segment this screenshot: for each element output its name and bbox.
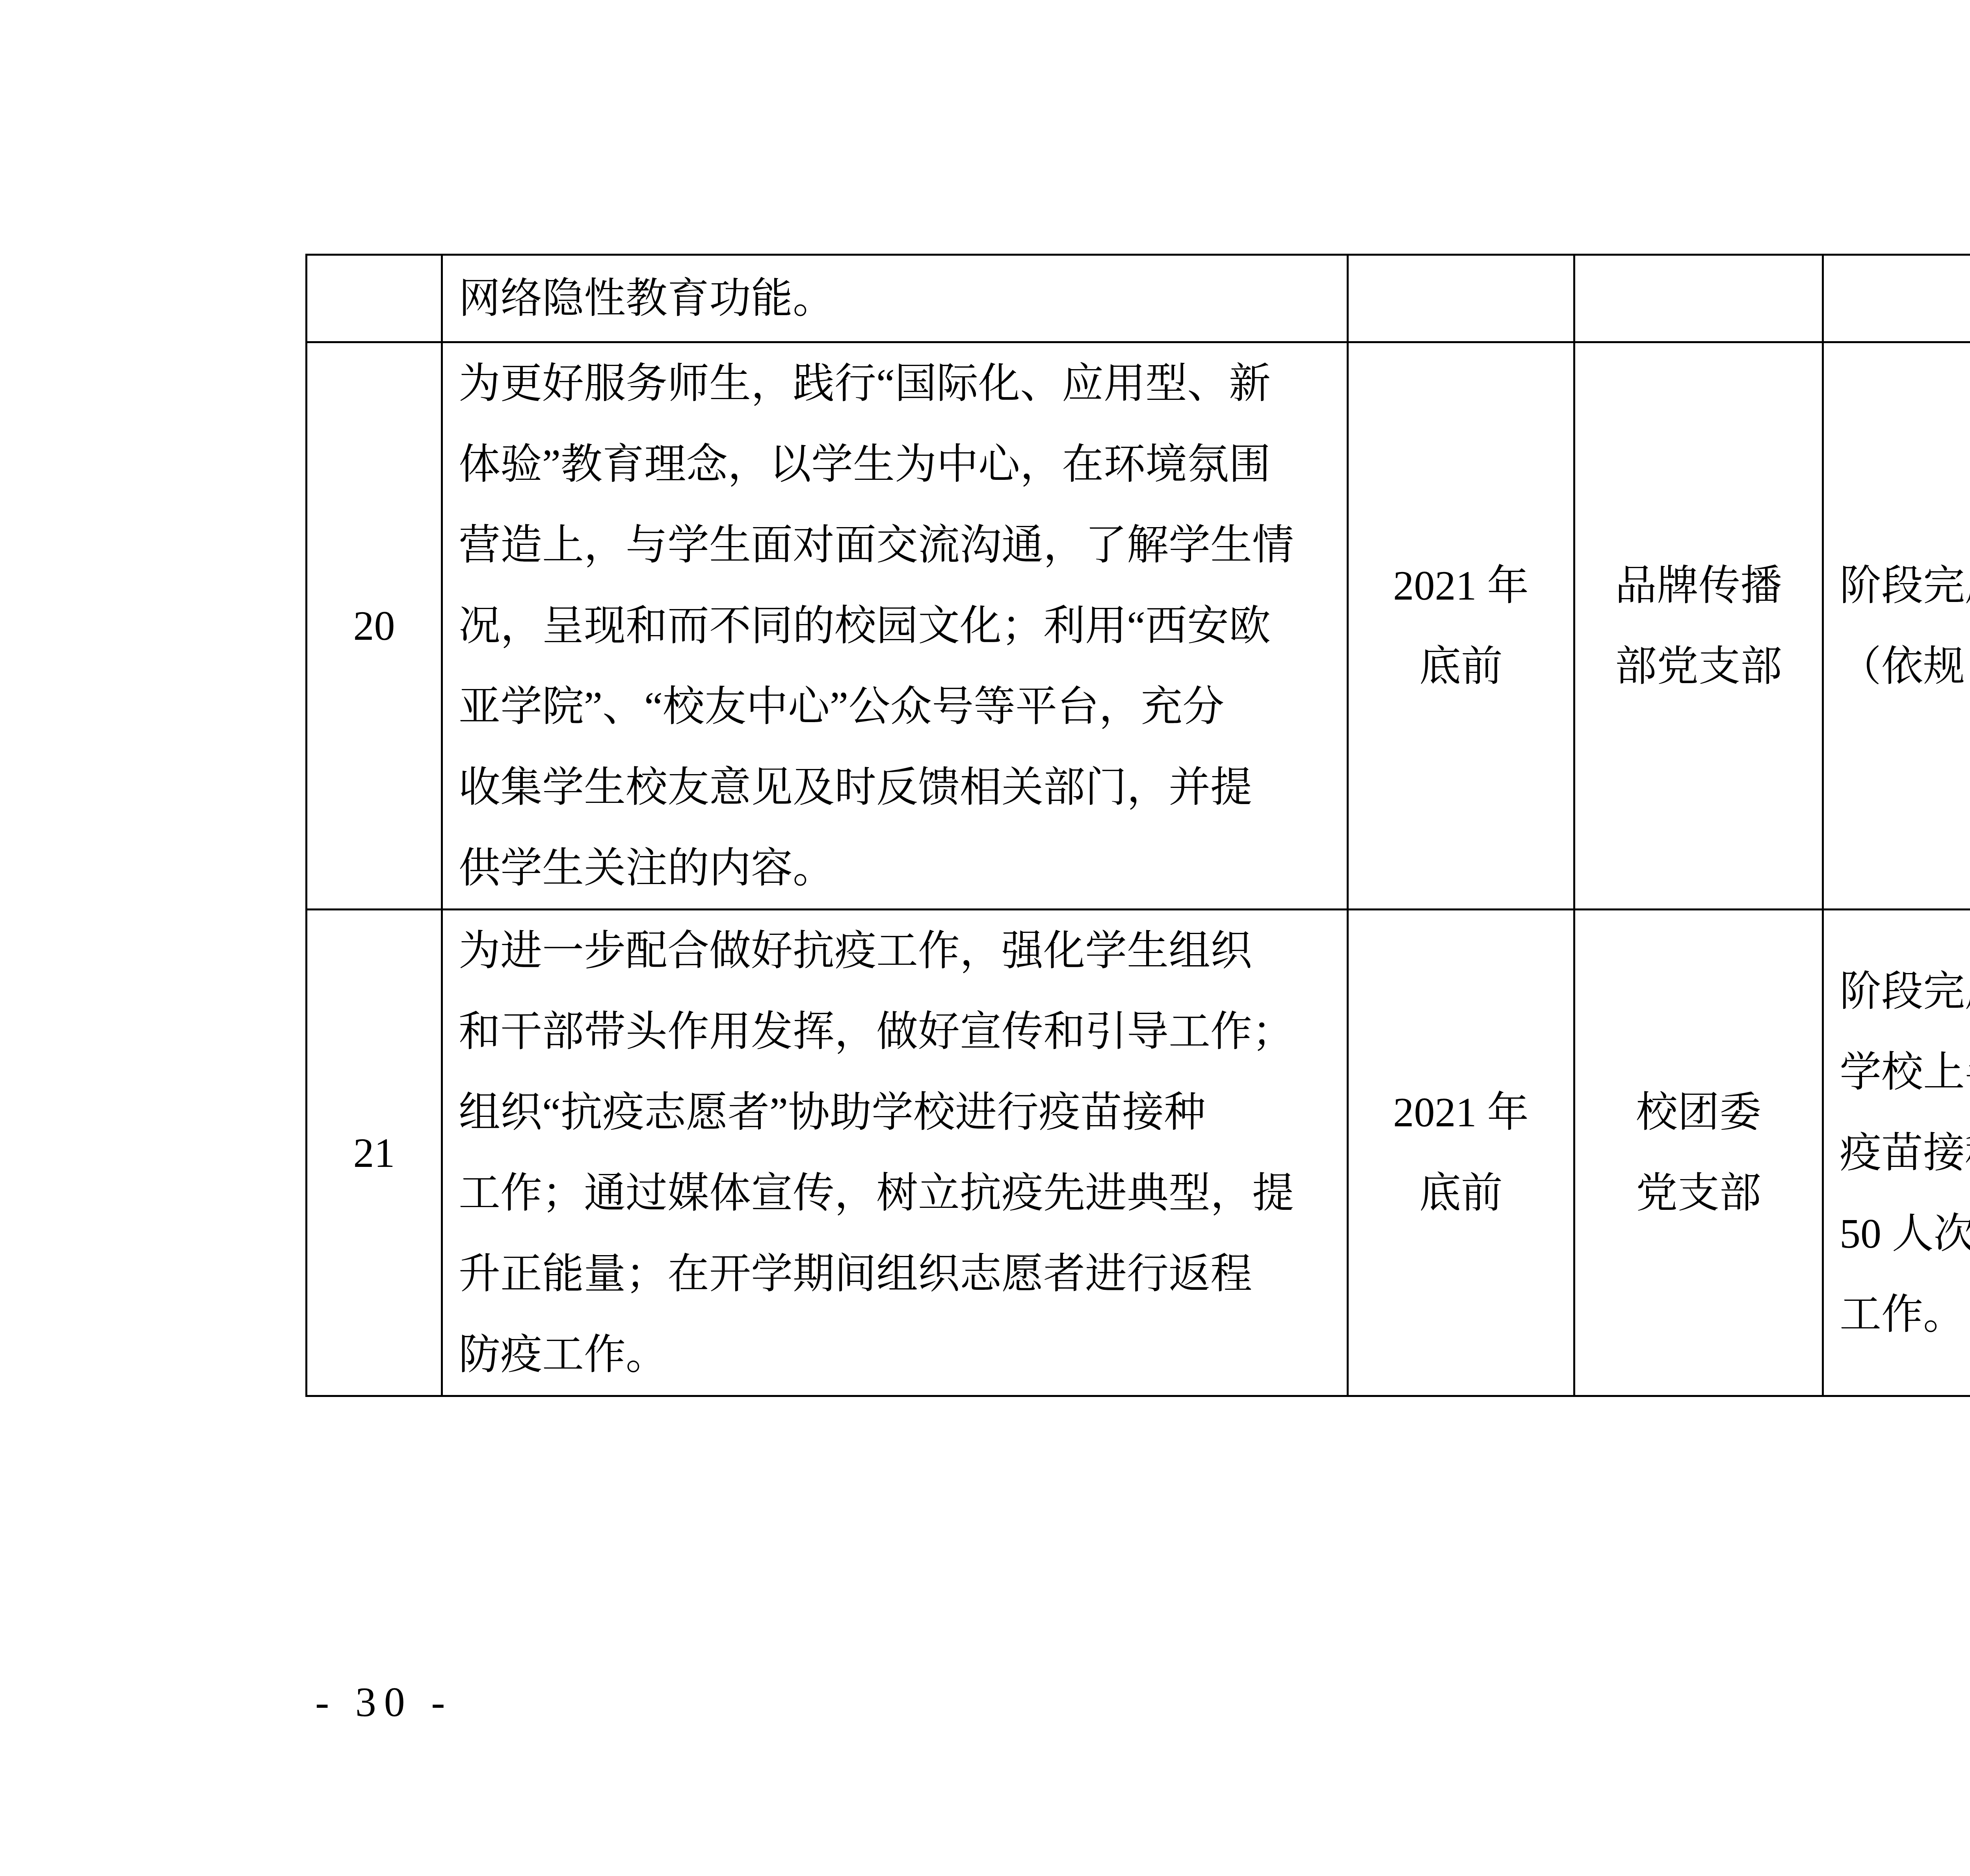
department-line: 党支部 xyxy=(1575,1153,1822,1233)
status-line: 阶段完成情况。持续进行。 xyxy=(1840,545,1970,626)
page-number: - 30 - xyxy=(315,1678,453,1726)
cell-status: 阶段完成情况。截止目前， 学校上半年组织 4 次集中 疫苗接种，组织学生干部 5… xyxy=(1823,910,1970,1396)
content-line: 收集学生校友意见及时反馈相关部门，并提 xyxy=(459,747,1331,828)
deadline-line: 2021 年 xyxy=(1349,1072,1573,1153)
work-plan-table: 网络隐性教育功能。 20 为更好服务师生，践行“国际化、应用型、新 体验”教育理… xyxy=(305,254,1970,1397)
department-line: 部党支部 xyxy=(1575,626,1822,707)
status-line: 50 人次开展接种志愿服务 xyxy=(1840,1193,1970,1274)
cell-no xyxy=(307,255,442,342)
content-line: 为进一步配合做好抗疫工作，强化学生组织 xyxy=(459,910,1331,991)
cell-content: 为更好服务师生，践行“国际化、应用型、新 体验”教育理念，以学生为中心，在环境氛… xyxy=(442,342,1348,910)
status-line: （依规申请公开）。 xyxy=(1840,626,1970,707)
deadline-line: 底前 xyxy=(1349,1153,1573,1233)
status-line: 工作。 xyxy=(1840,1274,1970,1355)
deadline-line: 底前 xyxy=(1349,626,1573,707)
content-line: 况，呈现和而不同的校园文化；利用“西安欧 xyxy=(459,585,1331,666)
cell-deadline: 2021 年 底前 xyxy=(1348,910,1574,1396)
content-line: 体验”教育理念，以学生为中心，在环境氛围 xyxy=(459,424,1331,505)
content-line: 网络隐性教育功能。 xyxy=(459,258,1331,339)
content-line: 营造上，与学生面对面交流沟通，了解学生情 xyxy=(459,505,1331,585)
content-line: 亚学院”、“校友中心”公众号等平台，充分 xyxy=(459,666,1331,747)
content-line: 工作；通过媒体宣传，树立抗疫先进典型，提 xyxy=(459,1153,1331,1233)
department-line: 校团委 xyxy=(1575,1072,1822,1153)
cell-content: 网络隐性教育功能。 xyxy=(442,255,1348,342)
cell-department: 品牌传播 部党支部 xyxy=(1574,342,1823,910)
table-row: 20 为更好服务师生，践行“国际化、应用型、新 体验”教育理念，以学生为中心，在… xyxy=(307,342,1970,910)
cell-no: 20 xyxy=(307,342,442,910)
cell-department xyxy=(1574,255,1823,342)
status-line: 疫苗接种，组织学生干部 xyxy=(1840,1113,1970,1193)
department-line: 品牌传播 xyxy=(1575,545,1822,626)
status-line: 阶段完成情况。截止目前， xyxy=(1840,951,1970,1032)
cell-no: 21 xyxy=(307,910,442,1396)
table-row-continuation: 网络隐性教育功能。 xyxy=(307,255,1970,342)
cell-department: 校团委 党支部 xyxy=(1574,910,1823,1396)
deadline-line: 2021 年 xyxy=(1349,545,1573,626)
content-line: 和干部带头作用发挥，做好宣传和引导工作； xyxy=(459,991,1331,1072)
content-line: 升正能量；在开学期间组织志愿者进行返程 xyxy=(459,1233,1331,1314)
cell-status xyxy=(1823,255,1970,342)
content-line: 防疫工作。 xyxy=(459,1314,1331,1395)
content-line: 供学生关注的内容。 xyxy=(459,828,1331,908)
cell-deadline xyxy=(1348,255,1574,342)
table-row: 21 为进一步配合做好抗疫工作，强化学生组织 和干部带头作用发挥，做好宣传和引导… xyxy=(307,910,1970,1396)
cell-content: 为进一步配合做好抗疫工作，强化学生组织 和干部带头作用发挥，做好宣传和引导工作；… xyxy=(442,910,1348,1396)
status-line: 学校上半年组织 4 次集中 xyxy=(1840,1032,1970,1113)
content-line: 为更好服务师生，践行“国际化、应用型、新 xyxy=(459,343,1331,424)
cell-deadline: 2021 年 底前 xyxy=(1348,342,1574,910)
content-line: 组织“抗疫志愿者”协助学校进行疫苗接种 xyxy=(459,1072,1331,1153)
cell-status: 阶段完成情况。持续进行。 （依规申请公开）。 xyxy=(1823,342,1970,910)
